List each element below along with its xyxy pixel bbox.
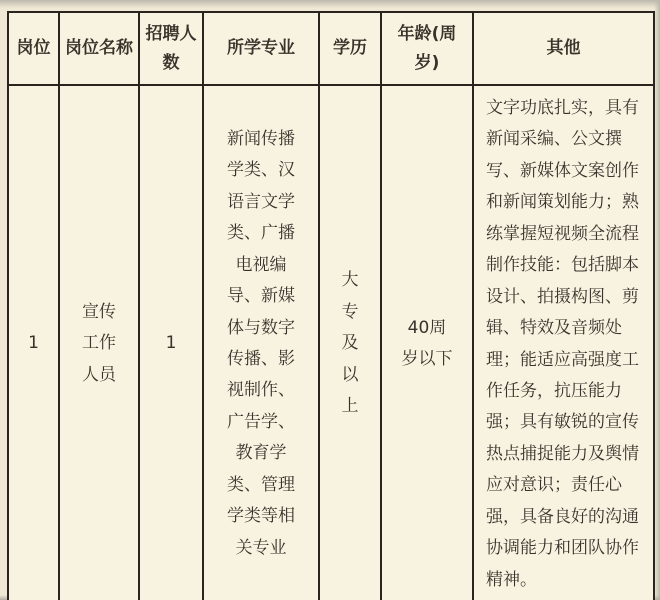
cell-post-name: 宣传工作人员 — [59, 85, 139, 600]
table-header: 岗位 岗位名称 招聘人数 所学专业 学历 年龄(周岁) 其他 — [8, 12, 654, 85]
education-value: 大专及以上 — [338, 265, 362, 422]
header-other: 其他 — [473, 12, 654, 85]
recruitment-table: 岗位 岗位名称 招聘人数 所学专业 学历 年龄(周岁) 其他 1 宣传工作人员 … — [7, 11, 655, 600]
header-post: 岗位 — [8, 12, 59, 85]
header-majors-label: 所学专业 — [227, 38, 295, 58]
header-education: 学历 — [319, 12, 381, 85]
cell-education: 大专及以上 — [319, 85, 381, 600]
header-recruit-count-label: 招聘人数 — [146, 24, 197, 73]
header-recruit-count: 招聘人数 — [139, 12, 203, 85]
header-age: 年龄(周岁) — [381, 12, 473, 85]
other-value: 文字功底扎实，具有新闻采编、公文撰写、新媒体文案创作和新闻策划能力；熟练掌握短视… — [486, 98, 639, 590]
header-majors: 所学专业 — [203, 12, 319, 85]
header-education-label: 学历 — [333, 38, 367, 58]
header-post-name-label: 岗位名称 — [65, 38, 133, 58]
cell-recruit-count: 1 — [139, 85, 203, 600]
photo-edge-top — [0, 0, 660, 8]
header-post-label: 岗位 — [17, 38, 51, 58]
cell-majors: 新闻传播学类、汉语言文学类、广播电视编导、新媒体与数字传播、影视制作、广告学、教… — [203, 85, 319, 600]
table-body: 1 宣传工作人员 1 新闻传播学类、汉语言文学类、广播电视编导、新媒体与数字传播… — [8, 85, 654, 600]
majors-value: 新闻传播学类、汉语言文学类、广播电视编导、新媒体与数字传播、影视制作、广告学、教… — [222, 124, 300, 564]
header-post-name: 岗位名称 — [59, 12, 139, 85]
cell-post-no: 1 — [8, 85, 59, 600]
header-age-label: 年龄(周岁) — [395, 20, 459, 78]
header-row: 岗位 岗位名称 招聘人数 所学专业 学历 年龄(周岁) 其他 — [8, 12, 654, 85]
header-other-label: 其他 — [547, 38, 581, 58]
post-no-value: 1 — [28, 333, 39, 353]
cell-other: 文字功底扎实，具有新闻采编、公文撰写、新媒体文案创作和新闻策划能力；熟练掌握短视… — [473, 85, 654, 600]
post-name-value: 宣传工作人员 — [80, 297, 118, 391]
cell-age: 40周岁以下 — [381, 85, 473, 600]
age-value: 40周岁以下 — [401, 313, 453, 376]
table-row: 1 宣传工作人员 1 新闻传播学类、汉语言文学类、广播电视编导、新媒体与数字传播… — [8, 85, 654, 600]
recruit-count-value: 1 — [166, 333, 177, 353]
